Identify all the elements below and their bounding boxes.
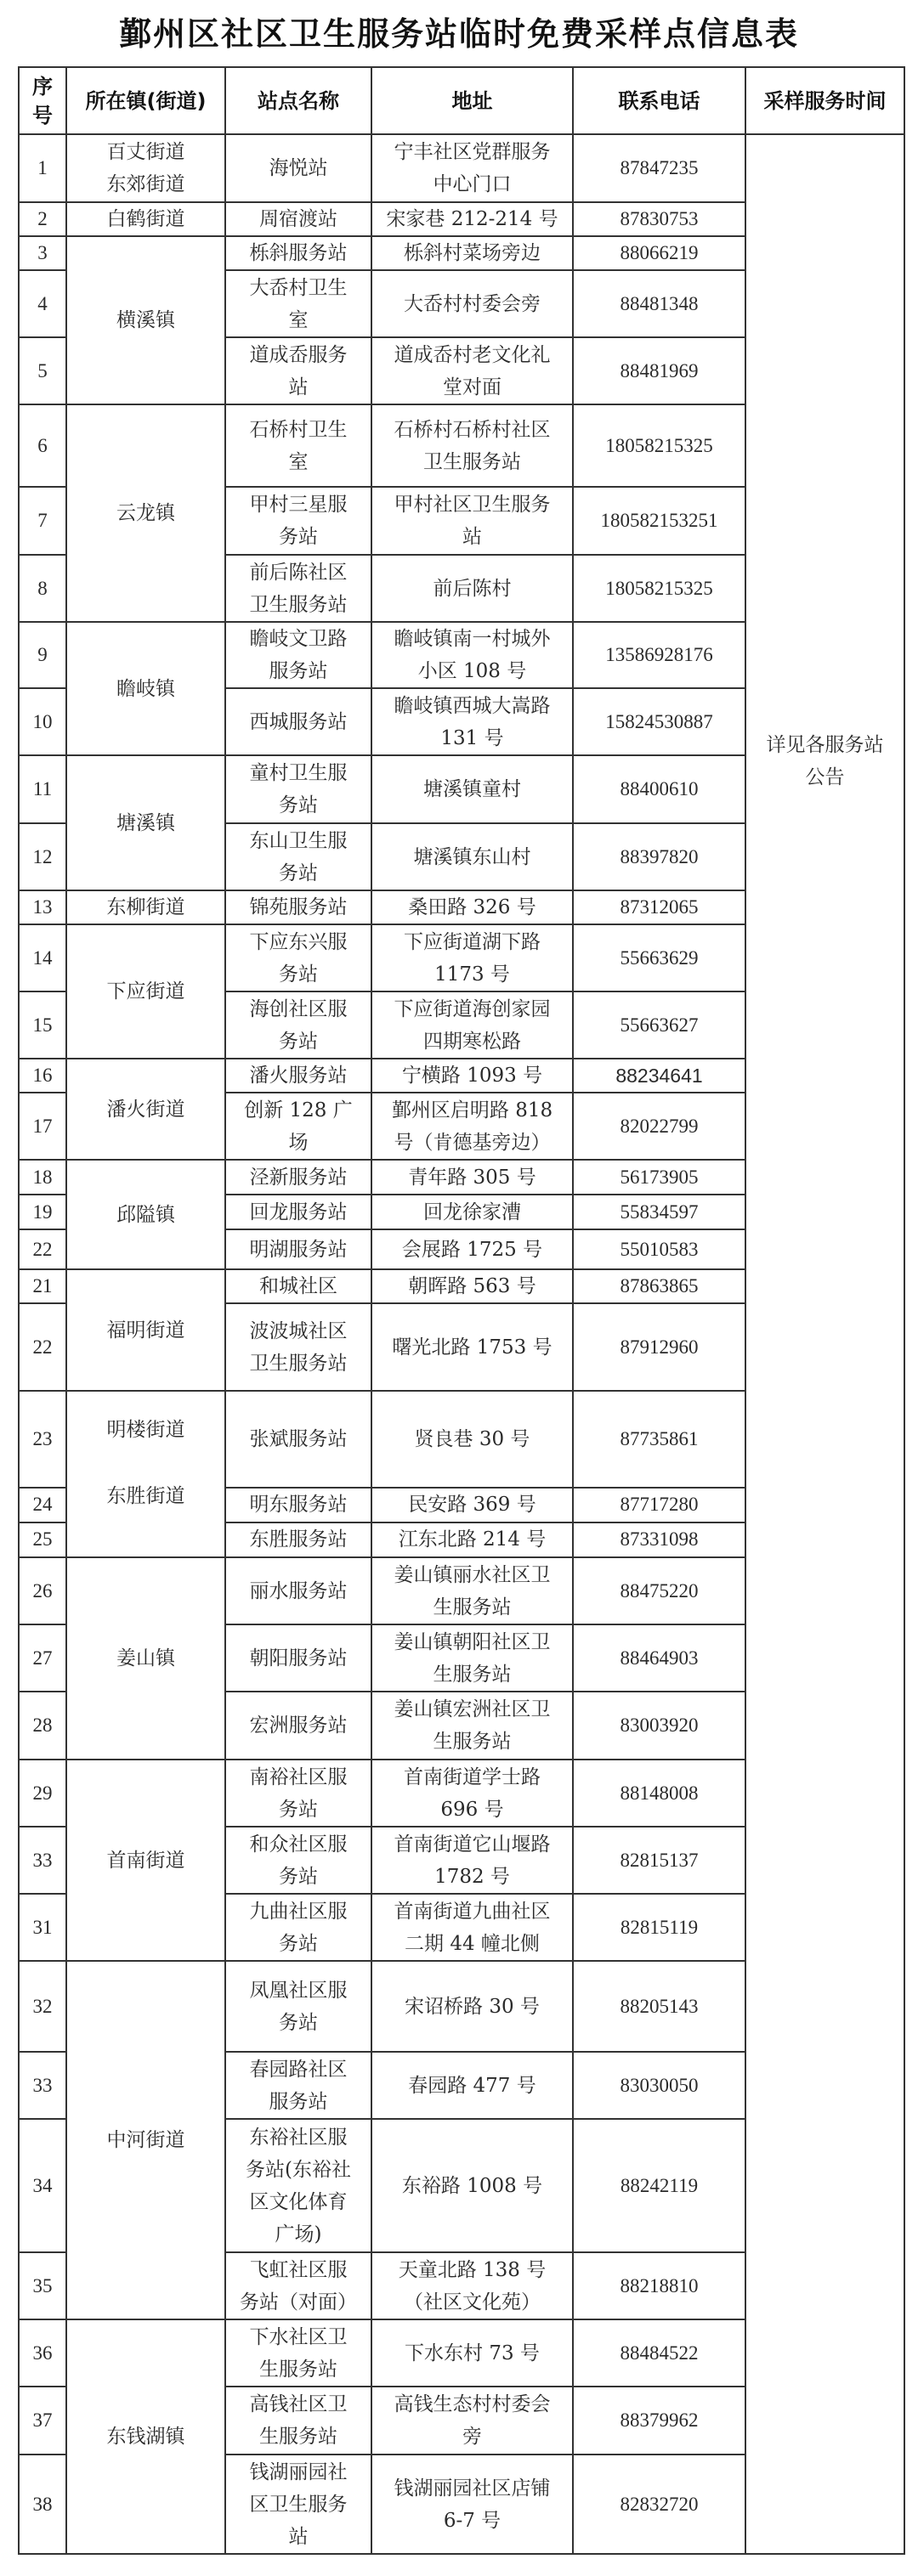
cell-site-name: 凤凰社区服 务站 [225, 1961, 371, 2052]
cell-address: 首南街道学士路 696 号 [371, 1760, 573, 1827]
cell-index: 35 [19, 2252, 66, 2319]
cell-index: 23 [19, 1391, 66, 1488]
cell-phone: 87830753 [573, 202, 745, 236]
cell-address: 青年路 305 号 [371, 1160, 573, 1195]
header-address: 地址 [371, 67, 573, 134]
cell-phone: 88234641 [573, 1059, 745, 1093]
cell-town: 塘溪镇 [66, 755, 225, 890]
cell-site-name: 甲村三星服 务站 [225, 487, 371, 555]
header-service-time: 采样服务时间 [745, 67, 904, 134]
page-title: 鄞州区社区卫生服务站临时免费采样点信息表 [0, 12, 918, 56]
cell-address: 姜山镇丽水社区卫 生服务站 [371, 1557, 573, 1624]
cell-town: 福明街道 [66, 1269, 225, 1391]
cell-site-name: 栎斜服务站 [225, 236, 371, 270]
cell-town: 百丈街道 东郊街道 [66, 134, 225, 202]
cell-phone: 88379962 [573, 2387, 745, 2455]
cell-index: 31 [19, 1894, 66, 1961]
cell-address: 东裕路 1008 号 [371, 2119, 573, 2252]
cell-address: 会展路 1725 号 [371, 1229, 573, 1269]
cell-address: 回龙徐家漕 [371, 1195, 573, 1229]
cell-phone: 87847235 [573, 134, 745, 202]
cell-phone: 82815119 [573, 1894, 745, 1961]
cell-address: 天童北路 138 号 （社区文化苑） [371, 2252, 573, 2319]
cell-phone: 180582153251 [573, 487, 745, 555]
cell-town: 明楼街道东胜街道 [66, 1391, 225, 1557]
cell-site-name: 石桥村卫生 室 [225, 404, 371, 487]
cell-phone: 88484522 [573, 2319, 745, 2387]
cell-phone: 88464903 [573, 1624, 745, 1692]
cell-index: 27 [19, 1624, 66, 1692]
cell-address: 宋诏桥路 30 号 [371, 1961, 573, 2052]
town-label-secondary: 东胜街道 [67, 1480, 224, 1512]
cell-index: 4 [19, 270, 66, 337]
cell-index: 1 [19, 134, 66, 202]
cell-index: 18 [19, 1160, 66, 1195]
cell-index: 22 [19, 1303, 66, 1391]
cell-site-name: 锦苑服务站 [225, 890, 371, 924]
cell-town: 横溪镇 [66, 236, 225, 404]
cell-site-name: 和众社区服 务站 [225, 1827, 371, 1894]
cell-index: 33 [19, 2052, 66, 2119]
header-site: 站点名称 [225, 67, 371, 134]
cell-phone: 88481348 [573, 270, 745, 337]
cell-index: 5 [19, 337, 66, 404]
cell-phone: 87735861 [573, 1391, 745, 1488]
cell-address: 下应街道海创家园 四期寒松路 [371, 991, 573, 1059]
cell-town: 首南街道 [66, 1760, 225, 1961]
cell-index: 38 [19, 2455, 66, 2554]
cell-town: 东钱湖镇 [66, 2319, 225, 2554]
cell-address: 首南街道它山堰路 1782 号 [371, 1827, 573, 1894]
cell-phone: 88148008 [573, 1760, 745, 1827]
cell-index: 33 [19, 1827, 66, 1894]
cell-site-name: 张斌服务站 [225, 1391, 371, 1488]
cell-site-name: 下应东兴服 务站 [225, 924, 371, 991]
cell-index: 19 [19, 1195, 66, 1229]
cell-address: 高钱生态村村委会 旁 [371, 2387, 573, 2455]
cell-phone: 55010583 [573, 1229, 745, 1269]
cell-site-name: 钱湖丽园社 区卫生服务 站 [225, 2455, 371, 2554]
cell-phone: 13586928176 [573, 622, 745, 688]
header-town: 所在镇(街道) [66, 67, 225, 134]
cell-site-name: 朝阳服务站 [225, 1624, 371, 1692]
cell-town: 云龙镇 [66, 404, 225, 622]
cell-address: 宁横路 1093 号 [371, 1059, 573, 1093]
cell-address: 栎斜村菜场旁边 [371, 236, 573, 270]
cell-address: 宋家巷 212-214 号 [371, 202, 573, 236]
sampling-sites-table: 序 号 所在镇(街道) 站点名称 地址 联系电话 采样服务时间 1百丈街道 东郊… [18, 66, 905, 2555]
cell-index: 14 [19, 924, 66, 991]
cell-site-name: 西城服务站 [225, 688, 371, 755]
town-label: 明楼街道 [67, 1414, 224, 1446]
cell-phone: 55663627 [573, 991, 745, 1059]
cell-address: 曙光北路 1753 号 [371, 1303, 573, 1391]
cell-phone: 83030050 [573, 2052, 745, 2119]
cell-index: 13 [19, 890, 66, 924]
cell-site-name: 回龙服务站 [225, 1195, 371, 1229]
cell-index: 21 [19, 1269, 66, 1303]
cell-phone: 87717280 [573, 1488, 745, 1522]
cell-town: 姜山镇 [66, 1557, 225, 1760]
cell-address: 道成岙村老文化礼 堂对面 [371, 337, 573, 404]
cell-address: 鄞州区启明路 818 号（肯德基旁边） [371, 1093, 573, 1160]
cell-phone: 83003920 [573, 1692, 745, 1760]
cell-phone: 87331098 [573, 1522, 745, 1557]
cell-site-name: 创新 128 广 场 [225, 1093, 371, 1160]
cell-address: 甲村社区卫生服务 站 [371, 487, 573, 555]
cell-site-name: 春园路社区 服务站 [225, 2052, 371, 2119]
cell-phone: 82815137 [573, 1827, 745, 1894]
cell-site-name: 道成岙服务 站 [225, 337, 371, 404]
cell-site-name: 前后陈社区 卫生服务站 [225, 555, 371, 622]
cell-address: 江东北路 214 号 [371, 1522, 573, 1557]
cell-site-name: 和城社区 [225, 1269, 371, 1303]
cell-site-name: 海创社区服 务站 [225, 991, 371, 1059]
cell-address: 塘溪镇东山村 [371, 823, 573, 890]
service-time-note: 详见各服务站 公告 [750, 729, 900, 794]
cell-index: 22 [19, 1229, 66, 1269]
cell-phone: 88205143 [573, 1961, 745, 2052]
cell-phone: 87863865 [573, 1269, 745, 1303]
cell-site-name: 童村卫生服 务站 [225, 755, 371, 823]
cell-site-name: 波波城社区 卫生服务站 [225, 1303, 371, 1391]
cell-site-name: 明东服务站 [225, 1488, 371, 1522]
cell-index: 15 [19, 991, 66, 1059]
cell-address: 塘溪镇童村 [371, 755, 573, 823]
header-phone: 联系电话 [573, 67, 745, 134]
table-row: 1百丈街道 东郊街道海悦站宁丰社区党群服务 中心门口87847235详见各服务站… [19, 134, 904, 202]
cell-town: 中河街道 [66, 1961, 225, 2319]
cell-site-name: 丽水服务站 [225, 1557, 371, 1624]
cell-address: 宁丰社区党群服务 中心门口 [371, 134, 573, 202]
cell-phone: 56173905 [573, 1160, 745, 1195]
header-index: 序 号 [19, 67, 66, 134]
cell-phone: 88218810 [573, 2252, 745, 2319]
cell-site-name: 东胜服务站 [225, 1522, 371, 1557]
cell-phone: 15824530887 [573, 688, 745, 755]
cell-index: 2 [19, 202, 66, 236]
cell-site-name: 宏洲服务站 [225, 1692, 371, 1760]
cell-index: 29 [19, 1760, 66, 1827]
cell-address: 桑田路 326 号 [371, 890, 573, 924]
cell-address: 姜山镇宏洲社区卫 生服务站 [371, 1692, 573, 1760]
cell-site-name: 海悦站 [225, 134, 371, 202]
cell-index: 36 [19, 2319, 66, 2387]
cell-phone: 88481969 [573, 337, 745, 404]
cell-address: 民安路 369 号 [371, 1488, 573, 1522]
cell-town: 东柳街道 [66, 890, 225, 924]
cell-index: 10 [19, 688, 66, 755]
cell-site-name: 下水社区卫 生服务站 [225, 2319, 371, 2387]
cell-town: 白鹤街道 [66, 202, 225, 236]
cell-index: 8 [19, 555, 66, 622]
cell-site-name: 东山卫生服 务站 [225, 823, 371, 890]
cell-index: 32 [19, 1961, 66, 2052]
cell-index: 37 [19, 2387, 66, 2455]
cell-phone: 88242119 [573, 2119, 745, 2252]
cell-phone: 18058215325 [573, 555, 745, 622]
cell-index: 7 [19, 487, 66, 555]
cell-town: 潘火街道 [66, 1059, 225, 1160]
cell-phone: 88400610 [573, 755, 745, 823]
cell-index: 24 [19, 1488, 66, 1522]
cell-address: 瞻岐镇南一村城外 小区 108 号 [371, 622, 573, 688]
cell-index: 28 [19, 1692, 66, 1760]
cell-index: 9 [19, 622, 66, 688]
cell-phone: 88066219 [573, 236, 745, 270]
cell-address: 朝晖路 563 号 [371, 1269, 573, 1303]
cell-phone: 18058215325 [573, 404, 745, 487]
cell-phone: 55834597 [573, 1195, 745, 1229]
cell-address: 大岙村村委会旁 [371, 270, 573, 337]
cell-index: 12 [19, 823, 66, 890]
cell-phone: 82022799 [573, 1093, 745, 1160]
cell-site-name: 东裕社区服 务站(东裕社 区文化体育 广场) [225, 2119, 371, 2252]
cell-index: 34 [19, 2119, 66, 2252]
cell-phone: 87912960 [573, 1303, 745, 1391]
cell-site-name: 大岙村卫生 室 [225, 270, 371, 337]
cell-site-name: 飞虹社区服 务站（对面） [225, 2252, 371, 2319]
cell-site-name: 潘火服务站 [225, 1059, 371, 1093]
cell-address: 下应街道湖下路 1173 号 [371, 924, 573, 991]
cell-index: 3 [19, 236, 66, 270]
cell-phone: 88475220 [573, 1557, 745, 1624]
cell-address: 前后陈村 [371, 555, 573, 622]
table-body: 1百丈街道 东郊街道海悦站宁丰社区党群服务 中心门口87847235详见各服务站… [19, 134, 904, 2554]
cell-phone: 88397820 [573, 823, 745, 890]
cell-index: 17 [19, 1093, 66, 1160]
cell-town: 瞻岐镇 [66, 622, 225, 755]
cell-town: 邱隘镇 [66, 1160, 225, 1269]
cell-address: 石桥村石桥村社区 卫生服务站 [371, 404, 573, 487]
cell-address: 瞻岐镇西城大嵩路 131 号 [371, 688, 573, 755]
cell-index: 11 [19, 755, 66, 823]
cell-phone: 55663629 [573, 924, 745, 991]
header-row: 序 号 所在镇(街道) 站点名称 地址 联系电话 采样服务时间 [19, 67, 904, 134]
cell-site-name: 周宿渡站 [225, 202, 371, 236]
cell-town: 下应街道 [66, 924, 225, 1059]
cell-address: 首南街道九曲社区 二期 44 幢北侧 [371, 1894, 573, 1961]
cell-address: 贤良巷 30 号 [371, 1391, 573, 1488]
cell-address: 姜山镇朝阳社区卫 生服务站 [371, 1624, 573, 1692]
cell-site-name: 九曲社区服 务站 [225, 1894, 371, 1961]
cell-address: 下水东村 73 号 [371, 2319, 573, 2387]
cell-address: 春园路 477 号 [371, 2052, 573, 2119]
cell-phone: 82832720 [573, 2455, 745, 2554]
cell-site-name: 高钱社区卫 生服务站 [225, 2387, 371, 2455]
cell-site-name: 明湖服务站 [225, 1229, 371, 1269]
cell-address: 钱湖丽园社区店铺 6-7 号 [371, 2455, 573, 2554]
cell-site-name: 南裕社区服 务站 [225, 1760, 371, 1827]
cell-site-name: 泾新服务站 [225, 1160, 371, 1195]
cell-index: 26 [19, 1557, 66, 1624]
cell-index: 16 [19, 1059, 66, 1093]
cell-index: 6 [19, 404, 66, 487]
cell-index: 25 [19, 1522, 66, 1557]
cell-site-name: 瞻岐文卫路 服务站 [225, 622, 371, 688]
cell-service-time: 详见各服务站 公告 [745, 134, 904, 2554]
cell-phone: 87312065 [573, 890, 745, 924]
